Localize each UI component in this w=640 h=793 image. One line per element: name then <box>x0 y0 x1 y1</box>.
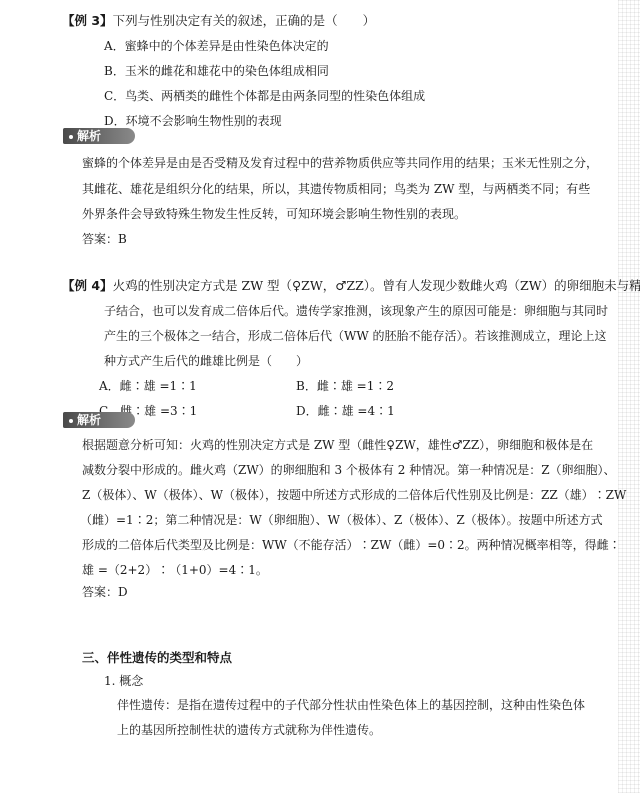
example-3-option-d: D．环境不会影响生物性别的表现 <box>104 113 282 129</box>
example-4-analysis-line: 减数分裂中形成的。雌火鸡（ZW）的卵细胞和 3 个极体有 2 种情况。第一种情况… <box>82 462 616 478</box>
example-3-question-text: 下列与性别决定有关的叙述，正确的是（ ） <box>113 13 376 28</box>
example-4-option-a: A．雌∶雄 =1∶1 <box>99 378 197 394</box>
example-3-analysis-line: 其雌花、雄花是组织分化的结果，所以，其遗传物质相同；鸟类为 ZW 型，与两栖类不… <box>82 181 590 197</box>
example-4-option-b: B．雌∶雄 =1∶2 <box>296 378 394 394</box>
example-3-tag: 【例 3】 <box>62 13 113 28</box>
section-3-subheading: 1. 概念 <box>104 673 143 689</box>
example-3-analysis-line: 外界条件会导致特殊生物发生性反转，可知环境会影响生物性别的表现。 <box>82 206 466 222</box>
example-3-question: 【例 3】下列与性别决定有关的叙述，正确的是（ ） <box>62 13 375 29</box>
example-3-analysis-line: 蜜蜂的个体差异是由是否受精及发育过程中的营养物质供应等共同作用的结果；玉米无性别… <box>82 155 598 171</box>
example-4-question-line: 产生的三个极体之一结合，形成二倍体后代（WW 的胚胎不能存活）。若该推测成立，理… <box>104 328 607 344</box>
section-3-title: 三、伴性遗传的类型和特点 <box>82 650 232 666</box>
example-3-option-c: C．鸟类、两栖类的雌性个体都是由两条同型的性染色体组成 <box>104 88 425 104</box>
example-3-option-b: B．玉米的雌花和雄花中的染色体组成相同 <box>104 63 329 79</box>
section-3-body-line: 上的基因所控制性状的遗传方式就称为伴性遗传。 <box>117 722 381 738</box>
analysis-label: 解析 <box>77 129 101 143</box>
example-4-tag: 【例 4】 <box>62 278 113 293</box>
example-4-analysis-badge: 解析 <box>63 412 135 428</box>
example-4-question: 【例 4】火鸡的性别决定方式是 ZW 型（♀ZW，♂ZZ）。曾有人发现少数雌火鸡… <box>62 278 640 294</box>
bullet-dot-icon <box>69 419 73 423</box>
example-3-analysis-badge: 解析 <box>63 128 135 144</box>
scan-grid-edge <box>618 0 640 793</box>
example-4-question-line: 种方式产生后代的雌雄比例是（ ） <box>104 353 308 369</box>
example-4-analysis-line: 形成的二倍体后代类型及比例是：WW（不能存活）∶ZW（雌）=0∶2。两种情况概率… <box>82 537 621 553</box>
bullet-dot-icon <box>69 135 73 139</box>
example-4-analysis-line: 根据题意分析可知：火鸡的性别决定方式是 ZW 型（雌性♀ZW，雄性♂ZZ），卵细… <box>82 437 593 453</box>
example-4-question-line: 火鸡的性别决定方式是 ZW 型（♀ZW，♂ZZ）。曾有人发现少数雌火鸡（ZW）的… <box>113 278 640 293</box>
section-3-body-line: 伴性遗传：是指在遗传过程中的子代部分性状由性染色体上的基因控制，这种由性染色体 <box>117 697 585 713</box>
example-4-analysis-line: 雄 =（2+2）∶（1+0）=4∶1。 <box>82 562 268 578</box>
example-4-option-d: D．雌∶雄 =4∶1 <box>296 403 395 419</box>
analysis-label: 解析 <box>77 413 101 427</box>
example-3-option-a: A．蜜蜂中的个体差异是由性染色体决定的 <box>104 38 329 54</box>
example-4-answer: 答案：D <box>82 584 128 600</box>
example-3-answer: 答案：B <box>82 231 127 247</box>
example-4-analysis-line: Z（极体）、W（极体）、W（极体），按题中所述方式形成的二倍体后代性别及比例是：… <box>82 487 626 503</box>
example-4-question-line: 子结合，也可以发育成二倍体后代。遗传学家推测，该现象产生的原因可能是：卵细胞与其… <box>104 303 608 319</box>
example-4-analysis-line: （雌）=1∶2；第二种情况是：W（卵细胞）、W（极体）、Z（极体）、Z（极体）。… <box>80 512 603 528</box>
